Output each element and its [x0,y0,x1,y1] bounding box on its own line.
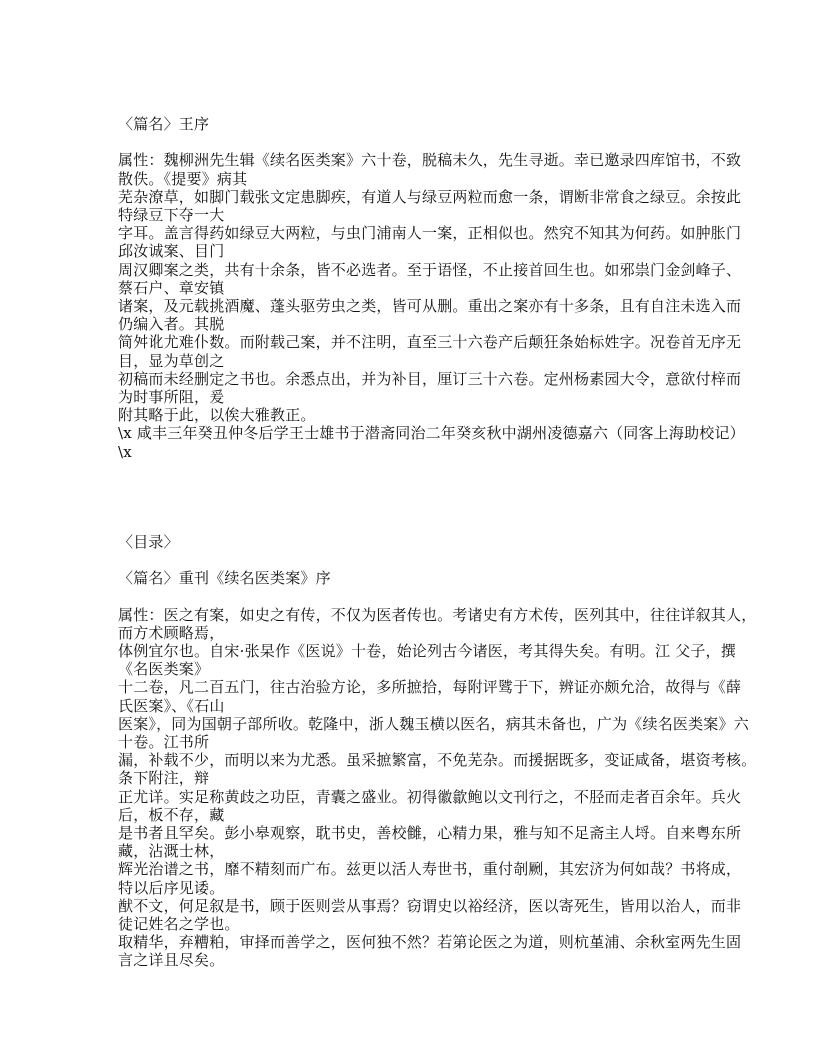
text-line: 氏医案》、《石山 [118,697,702,715]
text-line: 仍编入者。其脱 [118,315,702,333]
text-line: 正尤详。实足称黄歧之功臣，青囊之盛业。初得徽歙鲍以文刊行之，不胫而走者百余年。兵… [118,788,702,806]
section-heading: 〈篇名〉王序 [118,115,702,133]
spacer [118,551,702,569]
text-line: 十卷。江书所 [118,733,702,751]
spacer [118,587,702,605]
text-line: 条下附注，辩 [118,769,702,787]
text-line: 特以后序见诿。 [118,879,702,897]
text-line: 属性：医之有案，如史之有传，不仅为医者传也。考诸史有方术传，医列其中，往往详叙其… [118,606,702,624]
text-line: 漏，补载不少，而明以来为尤悉。虽采摭繁富，不免芜杂。而援据既多，变证咸备，堪资考… [118,751,702,769]
text-line: 蔡石户、章安镇 [118,279,702,297]
text-line: 诸案，及元载挑酒魔、蓬头驱劳虫之类，皆可从删。重出之案亦有十多条，且有自注未选入… [118,297,702,315]
preface-body: 属性：魏柳洲先生辑《续名医类案》六十卷，脱稿未久，先生寻逝。幸已邀录四库馆书，不… [118,151,702,460]
reprint-preface-body: 属性：医之有案，如史之有传，不仅为医者传也。考诸史有方术传，医列其中，往往详叙其… [118,606,702,970]
document-page: 〈篇名〉王序 属性：魏柳洲先生辑《续名医类案》六十卷，脱稿未久，先生寻逝。幸已邀… [118,115,702,970]
section-heading: 〈篇名〉重刊《续名医类案》序 [118,569,702,587]
text-line: 藏，沾溉士林， [118,842,702,860]
text-line: 邱汝诚案、目门 [118,242,702,260]
spacer [118,133,702,151]
text-line: 取精华，弃糟粕，审择而善学之，医何独不然？若第论医之为道，则杭堇浦、余秋室两先生… [118,933,702,951]
text-line: 徒记姓名之学也。 [118,915,702,933]
text-line: 为时事所阻，爰 [118,388,702,406]
text-line: \x [118,443,702,461]
toc-heading: 〈目录〉 [118,533,702,551]
text-line: \x 咸丰三年癸丑仲冬后学王士雄书于潜斋同治二年癸亥秋中湖州凌德嘉六（同客上海助… [118,424,702,442]
text-line: 简舛讹尤难仆数。而附载己案，并不注明，直至三十六卷产后颠狂条始标姓字。况卷首无序… [118,333,702,351]
text-line: 散佚。《提要》病其 [118,170,702,188]
text-line: 辉光治谱之书，靡不精刻而广布。兹更以活人寿世书，重付剞劂，其宏济为何如哉？书将成… [118,860,702,878]
text-line: 字耳。盖言得药如绿豆大两粒，与虫门浦南人一案，正相似也。然究不知其为何药。如肿胀… [118,224,702,242]
spacer [118,461,702,533]
text-line: 是书者且罕矣。彭小皋观察，耽书史，善校雠，心精力果，雅与知不足斋主人埒。自来粤东… [118,824,702,842]
text-line: 《名医类案》 [118,660,702,678]
text-line: 十二卷，凡二百五门，往古治验方论，多所摭拾，每附评骘于下，辨证亦颇允洽，故得与《… [118,678,702,696]
text-line: 芜杂潦草，如脚门载张文定患脚疾，有道人与绿豆两粒而愈一条，谓断非常食之绿豆。余按… [118,188,702,206]
text-line: 后，板不存，藏 [118,806,702,824]
text-line: 体例宜尔也。自宋·张杲作《医说》十卷，始论列古今诸医，考其得失矣。有明。江 父子… [118,642,702,660]
text-line: 言之详且尽矣。 [118,951,702,969]
text-line: 附其略于此，以俟大雅教正。 [118,406,702,424]
text-line: 特绿豆下夺一大 [118,206,702,224]
text-line: 周汉卿案之类，共有十余条，皆不必选者。至于语怪，不止接首回生也。如邪祟门金剑峰子… [118,261,702,279]
text-line: 目，显为草创之 [118,352,702,370]
text-line: 猷不文，何足叙是书，顾于医则尝从事焉？窃谓史以裕经济，医以寄死生，皆用以治人，而… [118,897,702,915]
text-line: 医案》，同为国朝子部所收。乾隆中，浙人魏玉横以医名，病其未备也，广为《续名医类案… [118,715,702,733]
text-line: 而方术顾略焉， [118,624,702,642]
text-line: 属性：魏柳洲先生辑《续名医类案》六十卷，脱稿未久，先生寻逝。幸已邀录四库馆书，不… [118,151,702,169]
text-line: 初稿而未经删定之书也。余悉点出，并为补目，厘订三十六卷。定州杨素园大令，意欲付梓… [118,370,702,388]
